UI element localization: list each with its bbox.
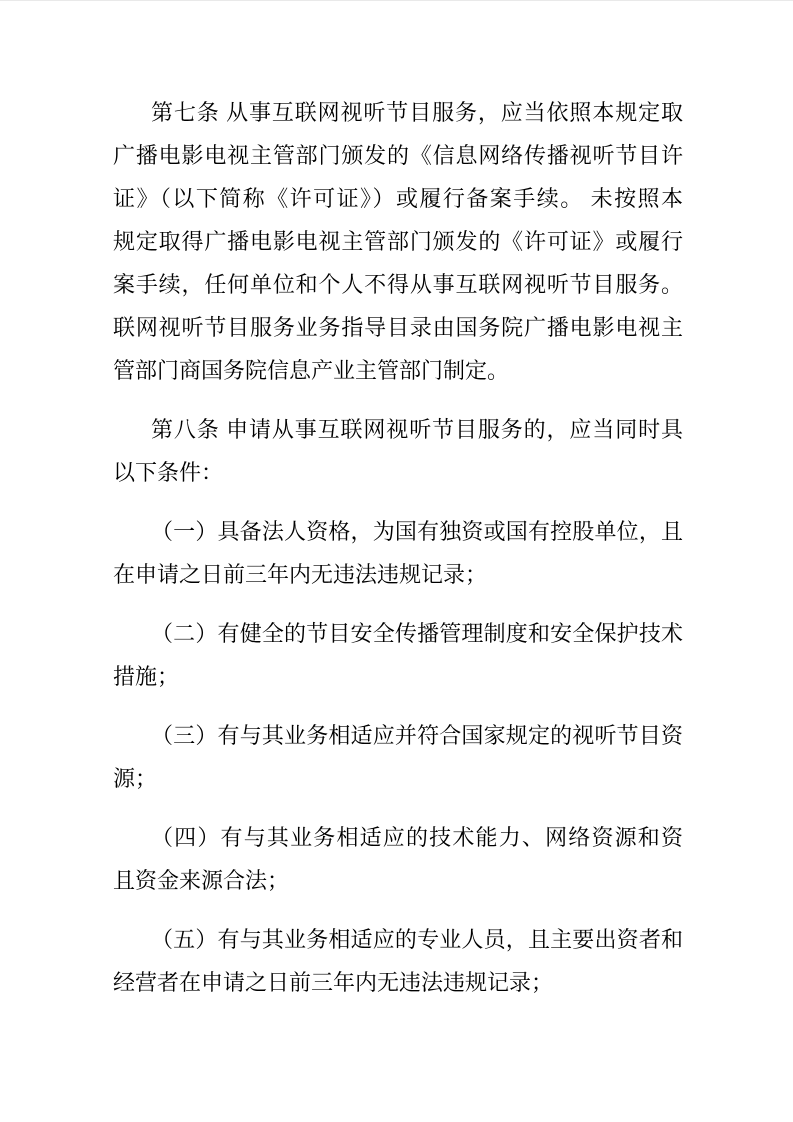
text-line: （二）有健全的节目安全传播管理制度和安全保护技术 [113,612,683,655]
document-body: 第七条 从事互联网视听节目服务，应当依照本规定取得广播电影电视主管部门颁发的《信… [113,91,683,1004]
text-line: 管部门商国务院信息产业主管部门制定。 [113,349,683,392]
text-line: 联网视听节目服务业务指导目录由国务院广播电影电视主 [113,306,683,349]
paragraph-article-8-item-3: （三）有与其业务相适应并符合国家规定的视听节目资源； [113,714,683,800]
text-line: 且资金来源合法； [113,859,683,902]
paragraph-article-8-item-1: （一）具备法人资格，为国有独资或国有控股单位，且在申请之日前三年内无违法违规记录… [113,510,683,596]
text-line: 经营者在申请之日前三年内无违法违规记录； [113,961,683,1004]
paragraph-article-8: 第八条 申请从事互联网视听节目服务的，应当同时具备以下条件： [113,408,683,494]
paragraph-article-7: 第七条 从事互联网视听节目服务，应当依照本规定取得广播电影电视主管部门颁发的《信… [113,91,683,392]
paragraph-article-8-item-2: （二）有健全的节目安全传播管理制度和安全保护技术措施； [113,612,683,698]
text-line: 证》（以下简称《许可证》）或履行备案手续。 未按照本 [113,177,683,220]
text-line: 广播电影电视主管部门颁发的《信息网络传播视听节目许可 [113,134,683,177]
text-line: 源； [113,757,683,800]
document-page: 第七条 从事互联网视听节目服务，应当依照本规定取得广播电影电视主管部门颁发的《信… [0,0,793,1122]
text-line: （四）有与其业务相适应的技术能力、网络资源和资金， [113,816,683,859]
text-line: 措施； [113,655,683,698]
text-line: 在申请之日前三年内无违法违规记录； [113,553,683,596]
text-line: 案手续，任何单位和个人不得从事互联网视听节目服务。 互 [113,263,683,306]
text-line: 第八条 申请从事互联网视听节目服务的，应当同时具备 [113,408,683,451]
text-line: （五）有与其业务相适应的专业人员，且主要出资者和 [113,918,683,961]
text-line: （一）具备法人资格，为国有独资或国有控股单位，且 [113,510,683,553]
paragraph-article-8-item-5: （五）有与其业务相适应的专业人员，且主要出资者和经营者在申请之日前三年内无违法违… [113,918,683,1004]
text-line: 规定取得广播电影电视主管部门颁发的《许可证》或履行备 [113,220,683,263]
paragraph-article-8-item-4: （四）有与其业务相适应的技术能力、网络资源和资金，且资金来源合法； [113,816,683,902]
text-line: 第七条 从事互联网视听节目服务，应当依照本规定取得 [113,91,683,134]
text-line: （三）有与其业务相适应并符合国家规定的视听节目资 [113,714,683,757]
text-line: 以下条件： [113,451,683,494]
